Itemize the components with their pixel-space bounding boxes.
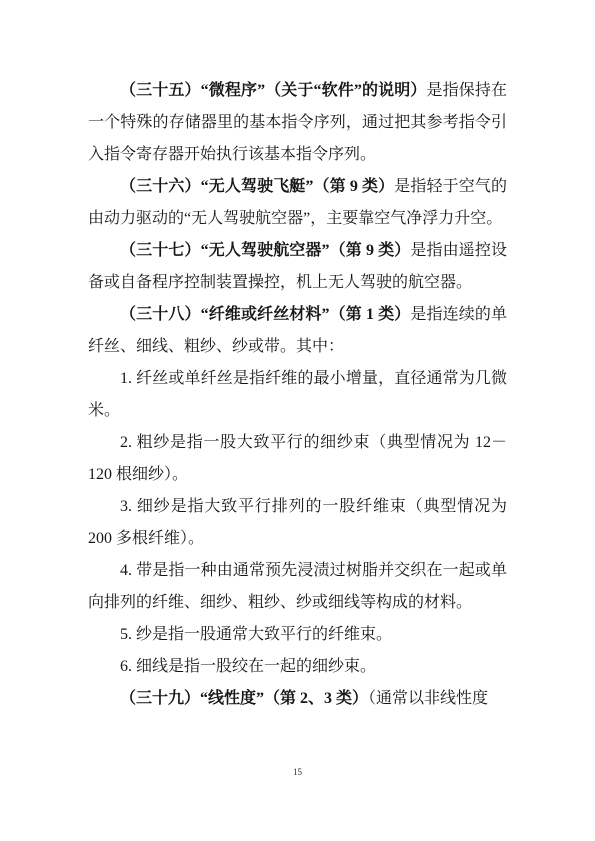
document-body: （三十五）“微程序”（关于“软件”的说明）是指保持在一个特殊的存储器里的基本指令… bbox=[88, 75, 507, 715]
definition-term: （三十五）“微程序”（关于“软件”的说明） bbox=[120, 82, 427, 99]
definition-paragraph: （三十八）“纤维或纤丝材料”（第 1 类）是指连续的单纤丝、细线、粗纱、纱或带。… bbox=[88, 299, 507, 363]
list-item: 6. 细线是指一股绞在一起的细纱束。 bbox=[88, 651, 507, 683]
definition-term: （三十八）“纤维或纤丝材料”（第 1 类） bbox=[120, 306, 410, 323]
list-item: 3. 细纱是指大致平行排列的一股纤维束（典型情况为 200 多根纤维）。 bbox=[88, 491, 507, 555]
list-item: 4. 带是指一种由通常预先浸渍过树脂并交织在一起或单向排列的纤维、细纱、粗纱、纱… bbox=[88, 555, 507, 619]
list-item: 5. 纱是指一股通常大致平行的纤维束。 bbox=[88, 619, 507, 651]
list-item: 1. 纤丝或单纤丝是指纤维的最小增量，直径通常为几微米。 bbox=[88, 363, 507, 427]
definition-text: 6. 细线是指一股绞在一起的细纱束。 bbox=[120, 658, 376, 675]
definition-paragraph: （三十五）“微程序”（关于“软件”的说明）是指保持在一个特殊的存储器里的基本指令… bbox=[88, 75, 507, 171]
document-page: （三十五）“微程序”（关于“软件”的说明）是指保持在一个特殊的存储器里的基本指令… bbox=[0, 0, 595, 841]
definition-text: 5. 纱是指一股通常大致平行的纤维束。 bbox=[120, 626, 392, 643]
definition-term: （三十九）“线性度”（第 2、3 类） bbox=[120, 690, 368, 707]
definition-text: （通常以非线性度 bbox=[368, 690, 488, 707]
definition-text: 1. 纤丝或单纤丝是指纤维的最小增量，直径通常为几微米。 bbox=[88, 370, 507, 419]
definition-text: 3. 细纱是指大致平行排列的一股纤维束（典型情况为 200 多根纤维）。 bbox=[88, 498, 507, 547]
definition-text: 2. 粗纱是指一股大致平行的细纱束（典型情况为 12－120 根细纱）。 bbox=[88, 434, 507, 483]
definition-paragraph: （三十六）“无人驾驶飞艇”（第 9 类）是指轻于空气的由动力驱动的“无人驾驶航空… bbox=[88, 171, 507, 235]
definition-paragraph: （三十七）“无人驾驶航空器”（第 9 类）是指由遥控设备或自备程序控制装置操控，… bbox=[88, 235, 507, 299]
definition-paragraph: （三十九）“线性度”（第 2、3 类）（通常以非线性度 bbox=[88, 683, 507, 715]
definition-text: 4. 带是指一种由通常预先浸渍过树脂并交织在一起或单向排列的纤维、细纱、粗纱、纱… bbox=[88, 562, 507, 611]
list-item: 2. 粗纱是指一股大致平行的细纱束（典型情况为 12－120 根细纱）。 bbox=[88, 427, 507, 491]
page-number: 15 bbox=[0, 766, 595, 778]
definition-term: （三十七）“无人驾驶航空器”（第 9 类） bbox=[120, 242, 410, 259]
definition-term: （三十六）“无人驾驶飞艇”（第 9 类） bbox=[120, 178, 394, 195]
